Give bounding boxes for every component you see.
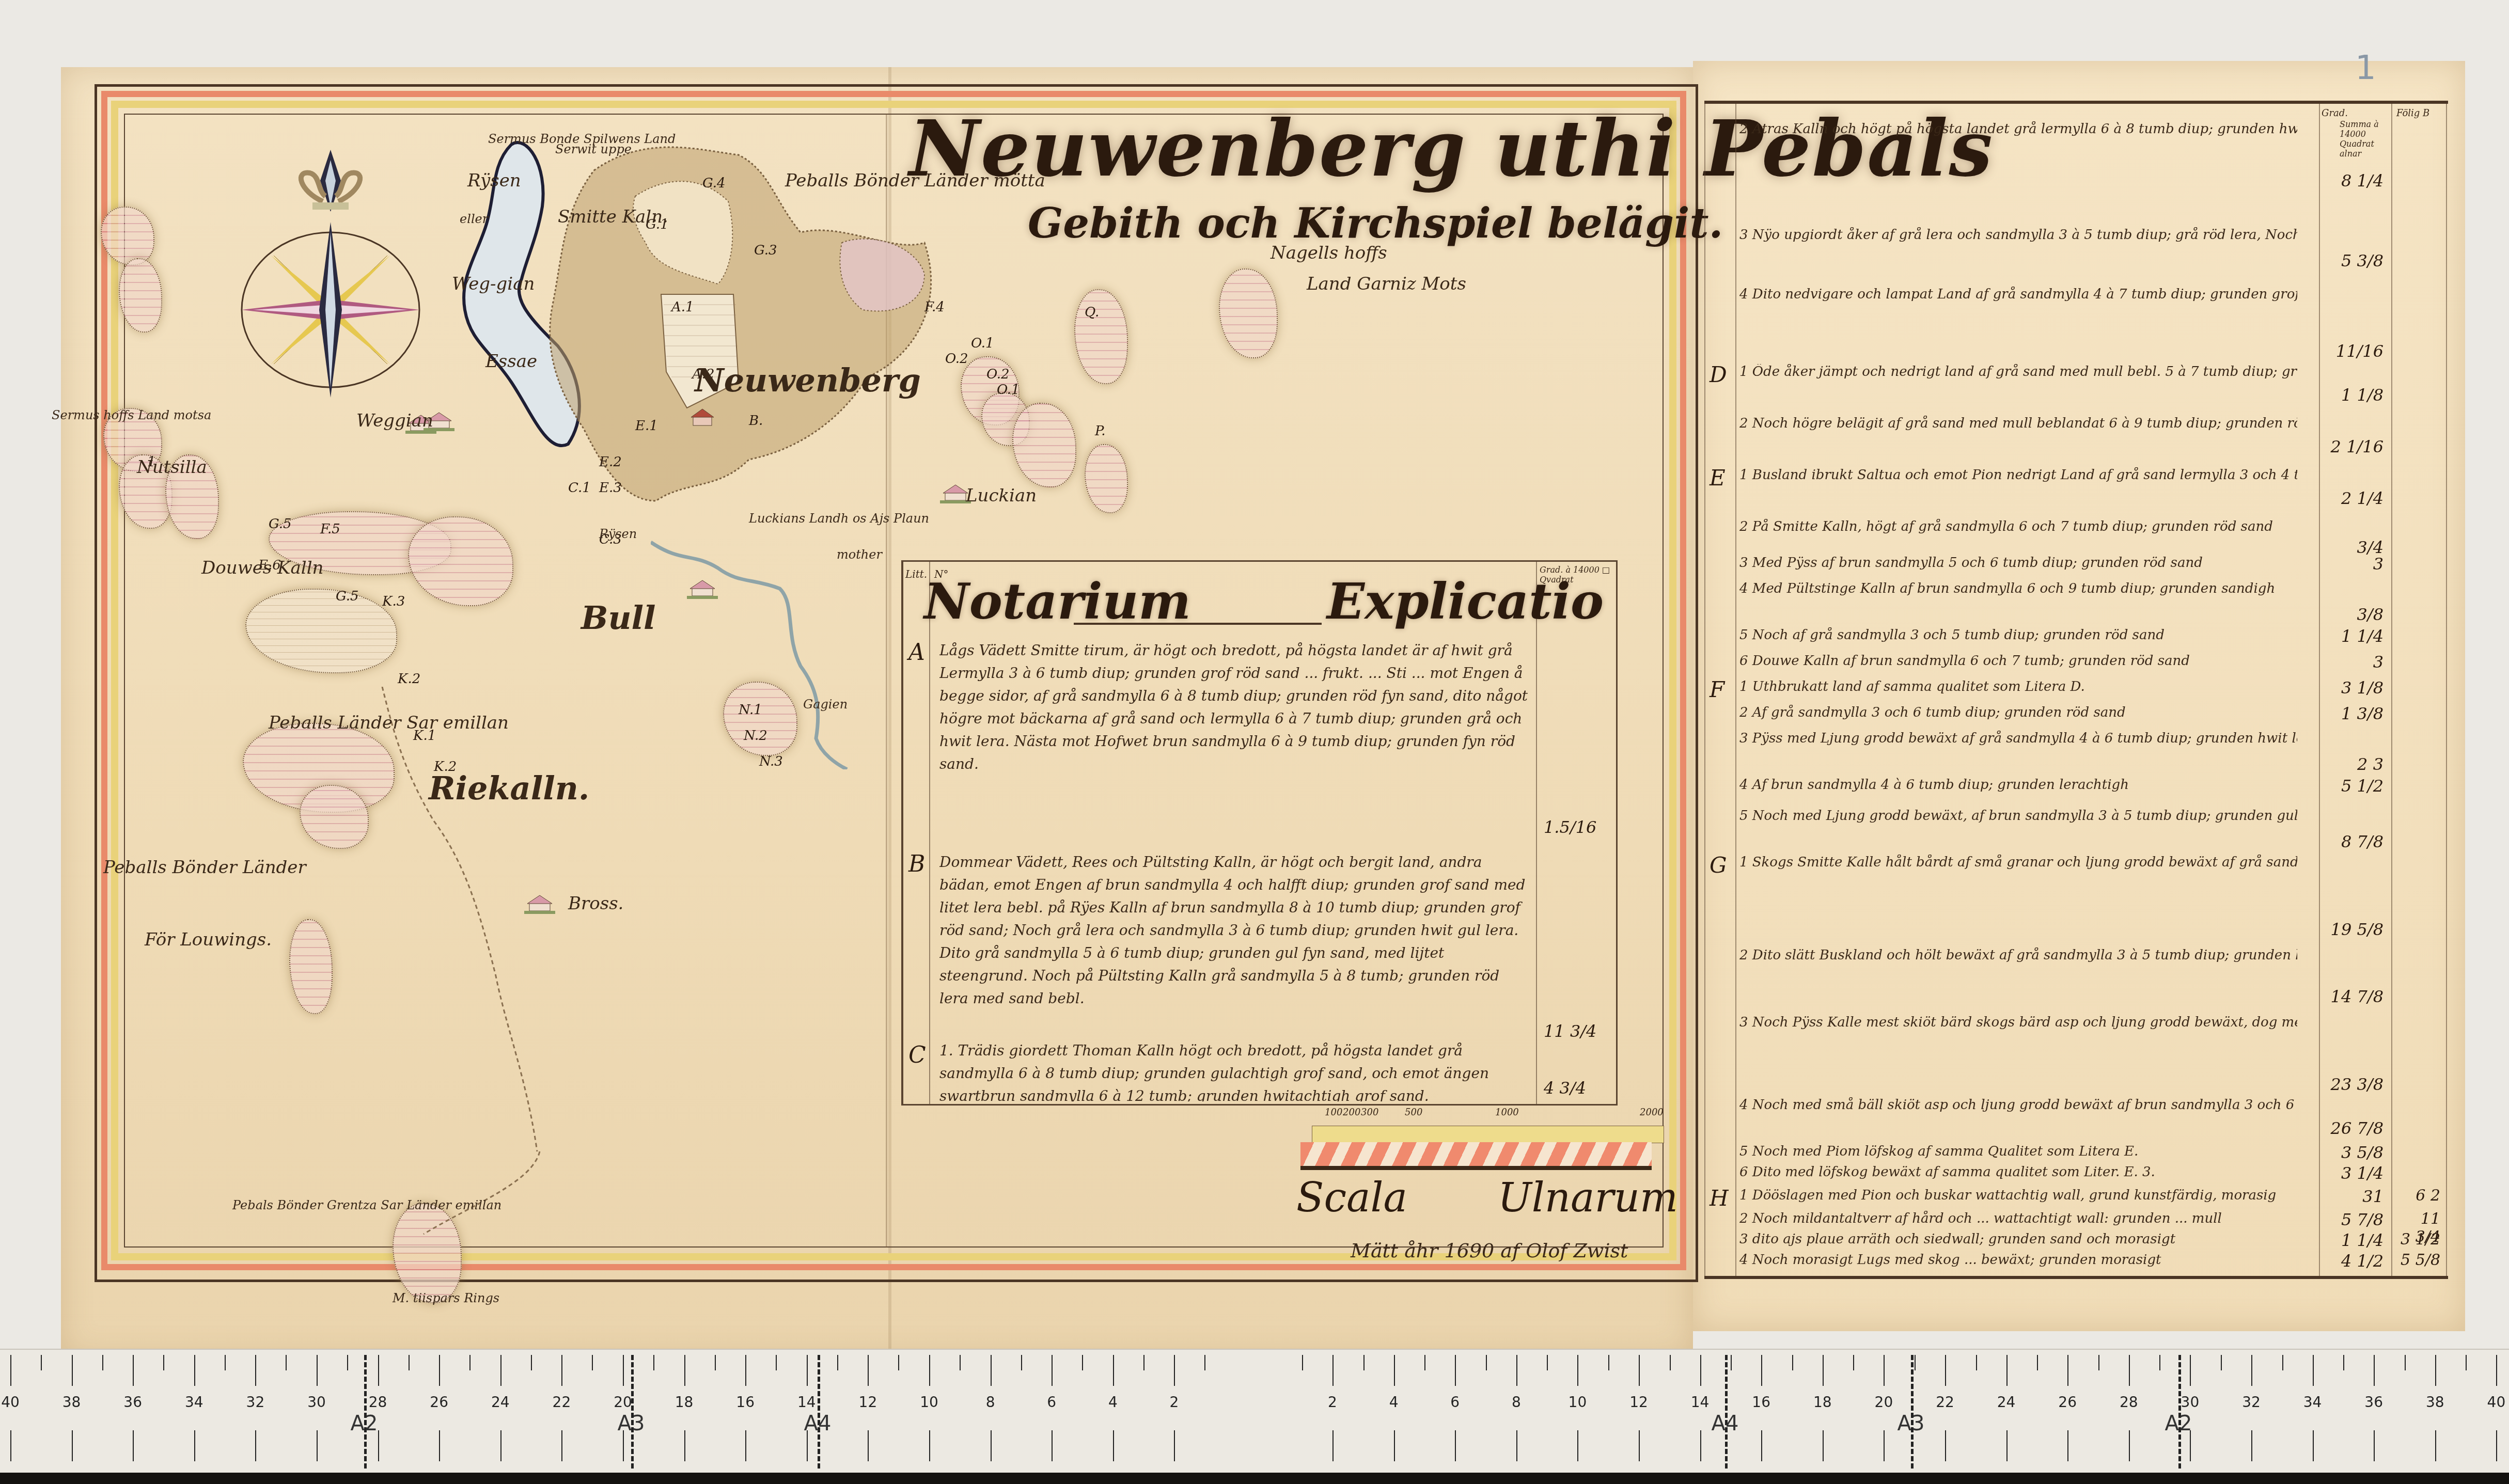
place-label-mihspars-rings: M. tiispars Rings (393, 1291, 499, 1305)
parcel-code: K.3 (382, 594, 405, 609)
ruler-tick (10, 1430, 11, 1461)
place-label-rysen-river: Rÿsen (599, 527, 637, 541)
ruler-tick (1082, 1355, 1083, 1370)
ruler-paper-size-label: A3 (1898, 1412, 1925, 1435)
ruler-tick (2006, 1430, 2008, 1461)
place-label-nagells-hoffs: Nagells hoffs (1271, 243, 1387, 263)
ruler-tick (1639, 1430, 1640, 1461)
place-label-essae: Essae (485, 351, 537, 372)
ruler-tick (317, 1355, 318, 1386)
house-icon (687, 578, 718, 599)
ruler-tick (194, 1430, 195, 1461)
ledger-row: E1 Busland ibrukt Saltua och emot Pion n… (1704, 465, 2448, 492)
ruler-tick (1823, 1430, 1824, 1461)
ruler-tick (1486, 1355, 1487, 1370)
ruler-number: 24 (1997, 1394, 2016, 1411)
parcel-code: N.1 (739, 702, 762, 718)
ruler-tick (623, 1355, 624, 1386)
parcel-code: G.4 (702, 176, 726, 191)
parcel-code: E.1 (635, 418, 658, 434)
place-label-pebals-bonder-3: Pebals Bönder Grentza Sar Länder emillan (232, 1198, 501, 1212)
parcel-code: B. (749, 413, 763, 429)
scale-tick-label: 2000 (1640, 1107, 1664, 1118)
ledger-row: G1 Skogs Smitte Kalle hålt bårdt af små … (1704, 852, 2448, 879)
ruler-tick (2251, 1355, 2252, 1386)
parcel-code: O.1 (971, 336, 994, 351)
estate-lands (532, 139, 955, 563)
scale-bar-yellow (1312, 1126, 1664, 1143)
parcel-code: F.5 (320, 522, 340, 537)
ruler-tick (2435, 1430, 2436, 1461)
legend-entry-letter: A (908, 639, 925, 666)
place-label-bull: Bull (581, 599, 656, 637)
place-label-weggian: Weggian (356, 411, 433, 431)
ledger-row: 3 Med Pÿss af brun sandmylla 5 och 6 tum… (1704, 553, 2448, 580)
ruler-number: 34 (2303, 1394, 2322, 1411)
measuring-ruler: 4038363432302826242220181614121086422468… (0, 1349, 2509, 1474)
ruler-tick (2496, 1355, 2497, 1386)
ruler-tick (1113, 1430, 1114, 1461)
ruler-tick (2343, 1355, 2344, 1370)
ruler-tick (10, 1355, 11, 1386)
ruler-tick (1332, 1355, 1334, 1386)
fleur-de-lis-icon (301, 150, 360, 212)
ruler-tick (807, 1355, 808, 1386)
ruler-tick (500, 1430, 501, 1461)
ruler-number: 20 (1875, 1394, 1893, 1411)
ruler-tick (1455, 1355, 1456, 1386)
ruler-tick (1823, 1355, 1824, 1386)
ruler-number: 22 (1936, 1394, 1954, 1411)
ruler-tick (745, 1355, 746, 1386)
ruler-tick (439, 1430, 440, 1461)
parcel-code: G.5 (336, 589, 359, 604)
ruler-tick (1884, 1355, 1885, 1386)
legend-entry-value: 1.5/16 (1544, 817, 1596, 837)
ruler-tick (2374, 1430, 2375, 1461)
ruler-tick (72, 1430, 73, 1461)
ruler-number: 34 (185, 1394, 203, 1411)
place-label-smitte-kaln: Smitte Kaln. (558, 207, 668, 227)
ruler-tick (2374, 1355, 2375, 1386)
ledger-row: 3 Nÿo upgiordt åker af grå lera och sand… (1704, 225, 2448, 252)
place-label-sermus-hoffs: Sermus hoffs Land motsa (52, 408, 211, 422)
ledger-row: 2 På Smitte Kalln, högt af grå sandmylla… (1704, 517, 2448, 544)
ruler-tick (1700, 1430, 1701, 1461)
ledger-row: 3 Noch Pÿss Kalle mest skiöt bärd skogs … (1704, 1013, 2448, 1039)
ruler-tick (2129, 1430, 2130, 1461)
ruler-tick (561, 1430, 562, 1461)
scale-bar-hatched (1300, 1142, 1652, 1170)
legend-entry-text: Lågs Vädett Smitte tirum, är högt och br… (939, 639, 1528, 846)
ruler-number: 8 (986, 1394, 995, 1411)
place-label-peballs-bonder: Peballs Bönder Länder mötta (785, 170, 1045, 191)
place-label-mother: mother (837, 547, 882, 562)
ruler-tick (1516, 1355, 1517, 1386)
place-label-riekalln: Riekalln. (429, 769, 589, 807)
ruler-shadow (0, 1473, 2509, 1484)
ruler-tick (1670, 1355, 1671, 1370)
ruler-number: 30 (2181, 1394, 2200, 1411)
ruler-tick (41, 1355, 42, 1370)
ruler-tick (133, 1355, 134, 1386)
ruler-tick (255, 1355, 256, 1386)
ruler-number: 8 (1512, 1394, 1521, 1411)
ruler-tick (1761, 1355, 1762, 1386)
place-label-land-garniz: Land Garniz Mots (1307, 274, 1466, 294)
legend-heading-rule (1074, 623, 1322, 625)
ruler-tick (1700, 1355, 1701, 1386)
ruler-tick (1915, 1355, 1916, 1370)
ruler-tick (2098, 1355, 2099, 1370)
ruler-tick (653, 1355, 654, 1370)
ruler-tick (1976, 1355, 1977, 1370)
scale-unit: Ulnarum (1498, 1175, 1678, 1221)
ruler-number: 2 (1169, 1394, 1179, 1411)
ruler-number: 32 (2242, 1394, 2261, 1411)
place-label-neuwenberg: Neuwenberg (695, 361, 921, 399)
manor-house-icon (687, 408, 718, 429)
place-label-for-louwings: För Louwings. (145, 929, 272, 950)
ruler-tick (409, 1355, 410, 1370)
ruler-tick (592, 1355, 593, 1370)
ruler-tick (1761, 1430, 1762, 1461)
ruler-tick (1547, 1355, 1548, 1370)
ledger-row: D1 Öde åker jämpt och nedrigt land af gr… (1704, 362, 2448, 389)
ruler-tick (2190, 1355, 2191, 1386)
ledger-table: Grad. Summa à 14000 Quadrat alnar Fölig … (1704, 101, 2448, 1279)
place-label-weg-gian: Weg-gian (452, 274, 535, 294)
place-label-luckians-landh: Luckians Landh os Ajs Plaun (749, 511, 929, 526)
ruler-tick (1052, 1430, 1053, 1461)
map-subtitle: Gebith och Kirchspiel belägit. (1028, 199, 1723, 247)
ruler-tick (1516, 1430, 1517, 1461)
ruler-tick (2466, 1355, 2467, 1370)
ruler-number: 20 (614, 1394, 632, 1411)
ruler-number: 14 (1691, 1394, 1710, 1411)
parcel-code: N.2 (744, 728, 767, 744)
ruler-number: 26 (2058, 1394, 2077, 1411)
ruler-tick (1302, 1355, 1303, 1370)
ruler-tick (1577, 1430, 1578, 1461)
ledger-row: F1 Uthbrukatt land af samma qualitet som… (1704, 677, 2448, 704)
ruler-tick (1332, 1430, 1334, 1461)
ruler-paper-size-label: A4 (804, 1412, 832, 1435)
ruler-number: 40 (2487, 1394, 2506, 1411)
ruler-tick (1174, 1430, 1175, 1461)
ruler-number: 2 (1328, 1394, 1337, 1411)
ruler-tick (2067, 1355, 2068, 1386)
parcel-code: F.4 (924, 299, 945, 315)
legend-entry-letter: C (908, 1042, 926, 1068)
ruler-tick (898, 1355, 899, 1370)
ruler-number: 38 (62, 1394, 81, 1411)
ledger-row: 4 Med Pültstinge Kalln af brun sandmylla… (1704, 579, 2448, 606)
ruler-tick (1394, 1355, 1395, 1386)
ruler-tick (929, 1430, 930, 1461)
place-label-eller: eller (460, 212, 488, 226)
ruler-number: 36 (123, 1394, 142, 1411)
ledger-row: 4 Af brun sandmylla 4 à 6 tumb diup; gru… (1704, 775, 2448, 802)
scale-tick-label: 300 (1361, 1107, 1378, 1118)
ruler-number: 36 (2364, 1394, 2383, 1411)
ruler-number: 18 (675, 1394, 694, 1411)
ruler-tick (2251, 1430, 2252, 1461)
ruler-tick (776, 1355, 777, 1370)
ruler-number: 16 (1752, 1394, 1770, 1411)
ledger-row: 2 Noch högre belägit af grå sand med mul… (1704, 414, 2448, 440)
ledger-row: 2 Af grå sandmylla 3 och 6 tumb diup; gr… (1704, 703, 2448, 730)
ruler-tick (1945, 1430, 1946, 1461)
ruler-number: 32 (246, 1394, 265, 1411)
ruler-tick (378, 1430, 379, 1461)
ruler-paper-size-label: A2 (2165, 1412, 2192, 1435)
ruler-paper-size-label: A2 (351, 1412, 378, 1435)
ruler-tick (2405, 1355, 2406, 1370)
ruler-tick (286, 1355, 287, 1370)
ruler-tick (133, 1430, 134, 1461)
parcel-code: P. (1095, 423, 1106, 439)
parcel-code: G.5 (269, 516, 292, 532)
ruler-number: 4 (1389, 1394, 1399, 1411)
place-label-bross: Bross. (568, 893, 623, 914)
legend-heading-notarium: Notarium (924, 572, 1191, 630)
ruler-number: 30 (307, 1394, 326, 1411)
ruler-tick (2496, 1430, 2497, 1461)
legend-entry-value: 4 3/4 (1544, 1078, 1586, 1098)
scale-tick-label: 1000 (1495, 1107, 1519, 1118)
parcel-code: E.3 (599, 480, 622, 496)
ruler-tick (1394, 1430, 1395, 1461)
ledger-col-head-grad: Grad. (2322, 108, 2348, 119)
ruler-number: 4 (1108, 1394, 1118, 1411)
ruler-tick (163, 1355, 164, 1370)
parcel-code: O.2 (986, 367, 1010, 382)
ruler-paper-size-label: A3 (618, 1412, 645, 1435)
ruler-tick (1792, 1355, 1793, 1370)
ruler-tick (684, 1430, 685, 1461)
ruler-number: 16 (736, 1394, 755, 1411)
ledger-row: 3 Pÿss med Ljung grodd bewäxt af grå san… (1704, 729, 2448, 755)
ruler-number: 6 (1450, 1394, 1460, 1411)
ruler-tick (194, 1355, 195, 1386)
legend-entry-text: Dommear Vädett, Rees och Pültsting Kalln… (939, 851, 1528, 1037)
ruler-tick (684, 1355, 685, 1386)
ruler-tick (347, 1355, 348, 1370)
ruler-tick (531, 1355, 532, 1370)
ruler-number: 38 (2426, 1394, 2444, 1411)
ruler-tick (1945, 1355, 1946, 1386)
ruler-tick (1455, 1430, 1456, 1461)
ruler-number: 10 (920, 1394, 938, 1411)
ruler-number: 18 (1813, 1394, 1832, 1411)
legend-entry-text: 1. Trädis giordett Thoman Kalln högt och… (939, 1039, 1528, 1101)
place-label-peballs-lander: Peballs Länder Sar emillan (269, 713, 509, 733)
ruler-number: 14 (797, 1394, 816, 1411)
ruler-tick (2313, 1355, 2314, 1386)
surveyor-signature: Mätt åhr 1690 af Olof Zwist (1351, 1239, 1628, 1262)
ruler-tick (991, 1355, 992, 1386)
ruler-tick (2435, 1355, 2436, 1386)
ledger-row: 4 Noch med små bäll skiöt asp och ljung … (1704, 1095, 2448, 1122)
ruler-tick (2129, 1355, 2130, 1386)
ruler-tick (1639, 1355, 1640, 1386)
place-label-peballs-bonder-2: Peballs Bönder Länder (103, 857, 306, 878)
ruler-tick (500, 1355, 501, 1386)
ruler-tick (1608, 1355, 1609, 1370)
ruler-number: 10 (1569, 1394, 1587, 1411)
ruler-tick (1363, 1355, 1365, 1370)
parcel-code: O.1 (997, 382, 1020, 398)
ledger-row: 5 Noch med Ljung grodd bewäxt, af brun s… (1704, 806, 2448, 833)
place-label-rysen: Rÿsen (467, 170, 521, 191)
scale-tick-label: 100 (1325, 1107, 1342, 1118)
ruler-tick (225, 1355, 226, 1370)
place-label-gagien: Gagien (803, 697, 848, 712)
ledger-row: 4 Noch morasigt Lugs med skog ... bewäxt… (1704, 1250, 2448, 1277)
ledger-col-head-folig: Fölig B (2396, 108, 2429, 119)
ruler-tick (2313, 1430, 2314, 1461)
ruler-tick (2159, 1355, 2160, 1370)
ruler-tick (745, 1430, 746, 1461)
legend-notarium-explicatio: Litt. N° Grad. à 14000 □ Qvadrat Notariu… (901, 560, 1618, 1106)
ruler-tick (1143, 1355, 1144, 1370)
place-label-servit-uppe: Serwit uppe (555, 142, 632, 156)
ruler-tick (317, 1430, 318, 1461)
ruler-number: 28 (2120, 1394, 2138, 1411)
ledger-row: 2 Dito slätt Buskland och hölt bewäxt af… (1704, 945, 2448, 972)
parcel-code: N.3 (759, 754, 783, 769)
ledger-row: 2 Atras Kalln och högt på högsta landet … (1704, 119, 2448, 146)
scale-tick-label: 500 (1405, 1107, 1422, 1118)
ruler-paper-size-label: A4 (1712, 1412, 1739, 1435)
legend-entry-letter: B (908, 851, 925, 877)
ruler-tick (255, 1430, 256, 1461)
ruler-tick (1577, 1355, 1578, 1386)
ruler-tick (1424, 1355, 1425, 1370)
legend-heading-explicatio: Explicatio (1327, 572, 1604, 630)
ruler-number: 40 (1, 1394, 20, 1411)
ruler-tick (1052, 1355, 1053, 1386)
ruler-number: 12 (1629, 1394, 1648, 1411)
ruler-tick (378, 1355, 379, 1386)
ruler-tick (960, 1355, 961, 1370)
ruler-tick (2221, 1355, 2222, 1370)
ruler-number: 12 (859, 1394, 877, 1411)
ruler-tick (868, 1430, 869, 1461)
ruler-tick (868, 1355, 869, 1386)
scale-tick-label: 200 (1343, 1107, 1360, 1118)
ruler-number: 28 (369, 1394, 387, 1411)
ruler-number: 24 (491, 1394, 510, 1411)
ruler-tick (1174, 1355, 1175, 1386)
ruler-tick (715, 1355, 716, 1370)
ruler-tick (469, 1355, 471, 1370)
ruler-tick (102, 1355, 103, 1370)
ruler-tick (1204, 1355, 1205, 1370)
ruler-tick (2006, 1355, 2008, 1386)
place-label-douwes-kalln: Douwes Kalln (201, 558, 323, 578)
ruler-tick (1731, 1355, 1732, 1370)
compass-rose-icon (232, 145, 429, 413)
ledger-row: 5 Noch af grå sandmylla 3 och 5 tumb diu… (1704, 625, 2448, 652)
ledger-row: 4 Dito nedvigare och lampat Land af grå … (1704, 285, 2448, 311)
ruler-number: 22 (553, 1394, 571, 1411)
legend-entry-value: 11 3/4 (1544, 1021, 1596, 1041)
ruler-tick (837, 1355, 838, 1370)
ruler-number: 6 (1047, 1394, 1056, 1411)
parcel-code: A.1 (671, 299, 694, 315)
ruler-number: 26 (430, 1394, 448, 1411)
scale-title: Scala (1296, 1175, 1407, 1221)
ruler-tick (72, 1355, 73, 1386)
ruler-tick (2282, 1355, 2283, 1370)
col-divider (929, 562, 930, 1104)
place-label-nutsilla: Nutsilla (137, 457, 207, 478)
ruler-tick (929, 1355, 930, 1386)
ruler-tick (991, 1430, 992, 1461)
col-divider (1536, 562, 1537, 1104)
parcel-code: E.2 (599, 454, 622, 470)
parcel-code: Q. (1085, 305, 1099, 320)
ruler-tick (1113, 1355, 1114, 1386)
page-number: 1 (2355, 49, 2376, 87)
ruler-tick (1884, 1430, 1885, 1461)
ruler-tick (2037, 1355, 2038, 1370)
ruler-tick (561, 1355, 562, 1386)
parcel-code: K.2 (398, 671, 420, 687)
place-label-luckian: Luckian (966, 485, 1037, 506)
ruler-tick (1853, 1355, 1854, 1370)
parcel-code: G.3 (754, 243, 777, 258)
parcel-code: C.1 (568, 480, 591, 496)
parcel-code: O.2 (945, 351, 968, 367)
ruler-tick (2067, 1430, 2068, 1461)
ruler-tick (439, 1355, 440, 1386)
ledger-row: 6 Douwe Kalln af brun sandmylla 6 och 7 … (1704, 651, 2448, 678)
ruler-tick (1021, 1355, 1022, 1370)
